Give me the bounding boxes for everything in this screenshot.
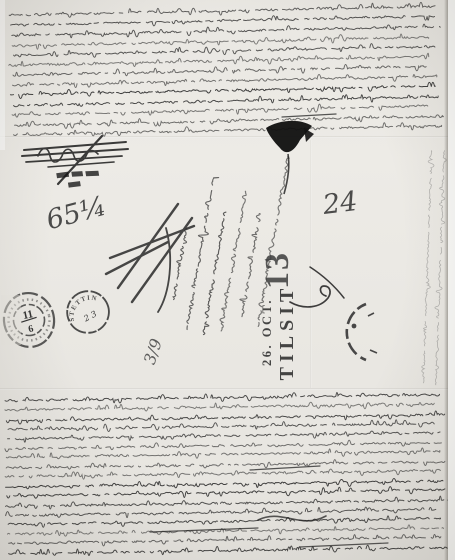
pen-underline-strokes xyxy=(0,0,455,560)
photo-edge-right xyxy=(448,0,455,560)
letter-photo: 65¼ 24 13 26. OCT. TILSIT xyxy=(0,0,455,560)
underline-strokes xyxy=(150,114,388,547)
